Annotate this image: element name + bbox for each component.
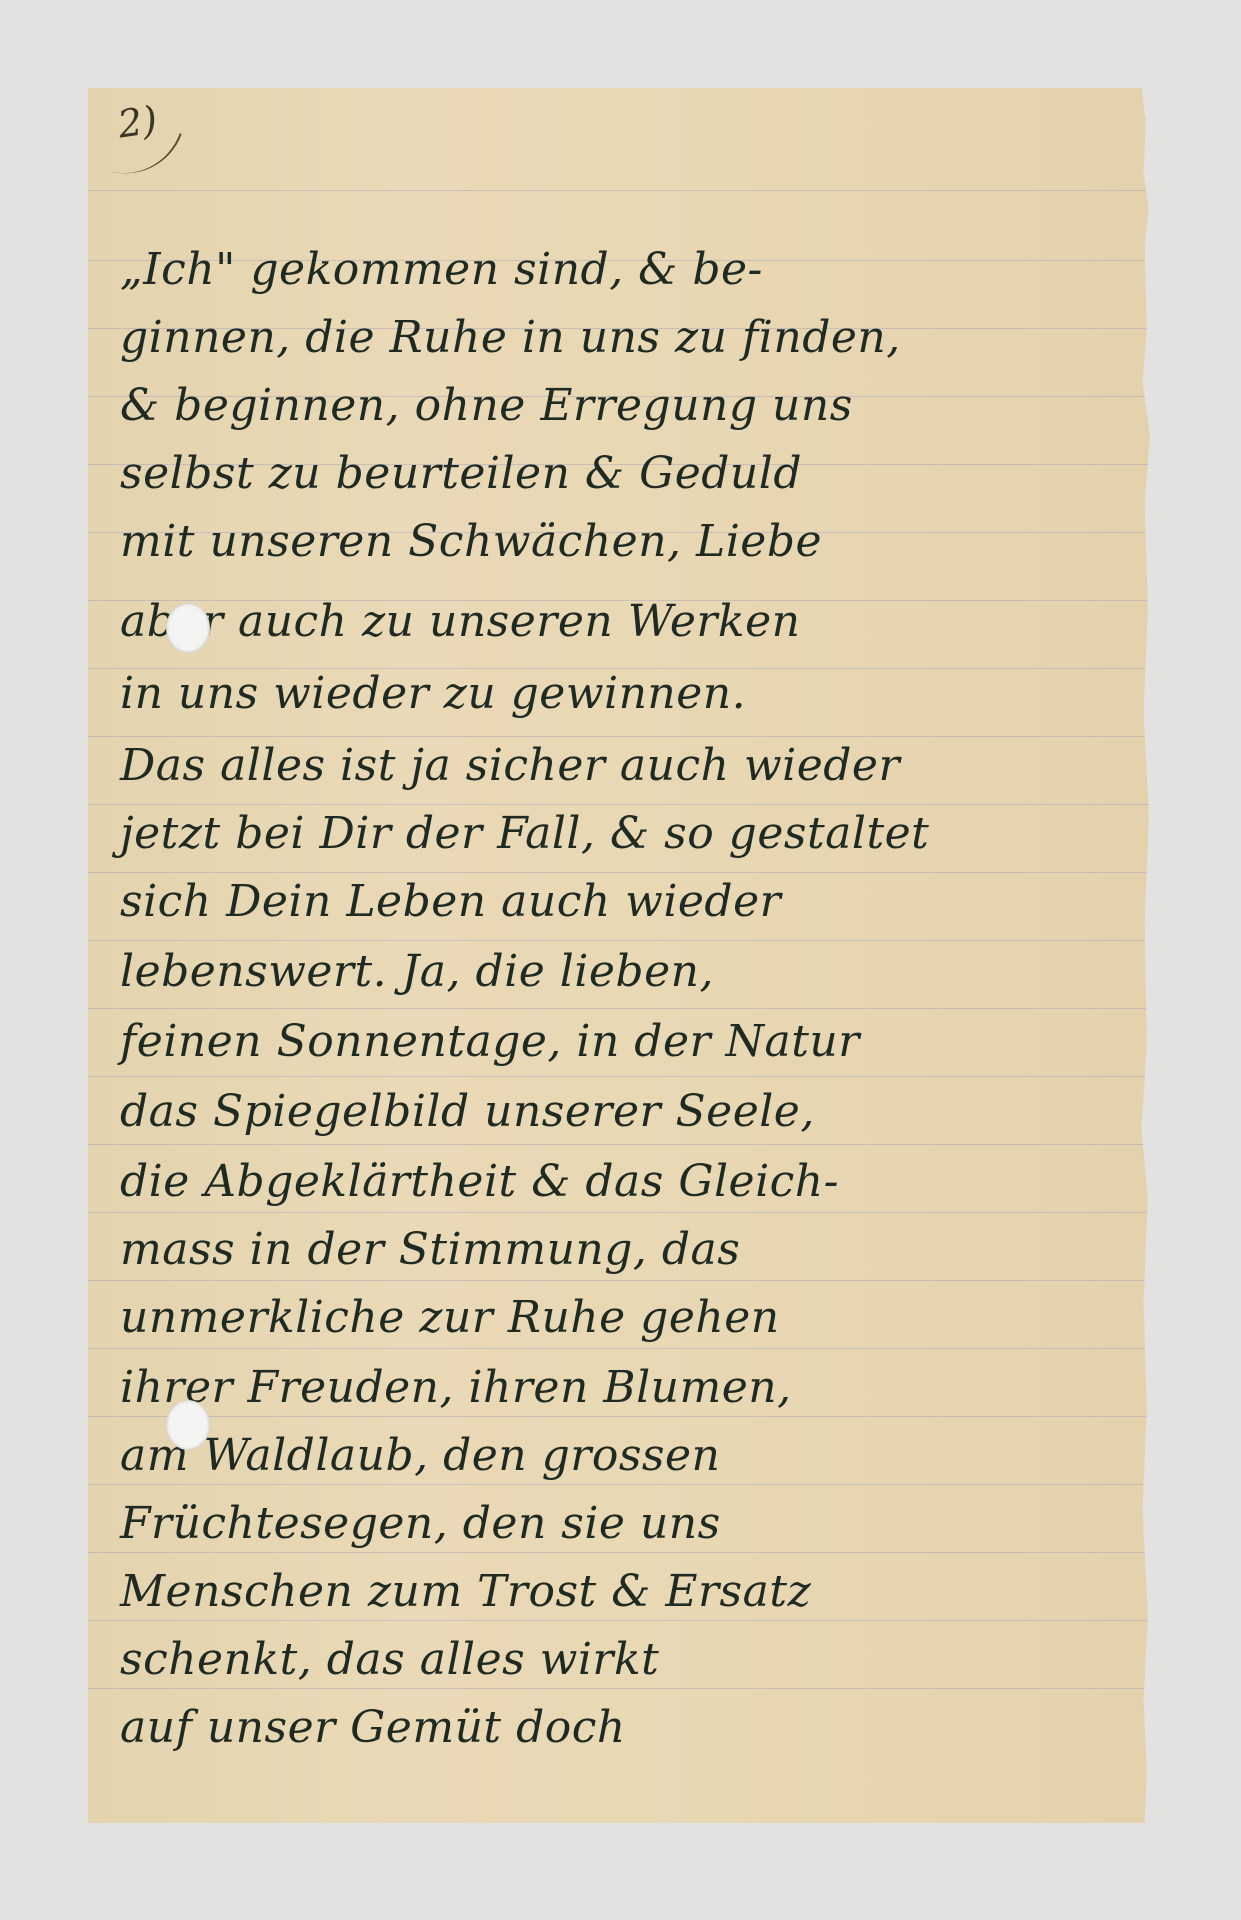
text-line-19: Früchtesegen, den sie uns — [120, 1502, 1140, 1546]
text-line-15: mass in der Stimmung, das — [120, 1228, 1140, 1272]
ruled-line — [88, 1144, 1150, 1145]
ruled-line — [88, 190, 1150, 191]
ruled-line — [88, 940, 1150, 941]
text-line-4: selbst zu beurteilen & Geduld — [120, 452, 1140, 496]
text-line-6: aber auch zu unseren Werken — [120, 600, 1140, 644]
ruled-line — [88, 1552, 1150, 1553]
ruled-line — [88, 1076, 1150, 1077]
text-line-2: ginnen, die Ruhe in uns zu finden, — [120, 316, 1140, 360]
ruled-line — [88, 1348, 1150, 1349]
ruled-line — [88, 1212, 1150, 1213]
text-line-17: ihrer Freuden, ihren Blumen, — [120, 1366, 1140, 1410]
text-line-1: „Ich" gekommen sind, & be- — [120, 248, 1140, 292]
text-line-22: auf unser Gemüt doch — [120, 1706, 1140, 1750]
ruled-line — [88, 1008, 1150, 1009]
text-line-11: lebenswert. Ja, die lieben, — [120, 950, 1140, 994]
text-line-9: jetzt bei Dir der Fall, & so gestaltet — [120, 812, 1140, 856]
text-line-21: schenkt, das alles wirkt — [120, 1638, 1140, 1682]
text-line-10: sich Dein Leben auch wieder — [120, 880, 1140, 924]
text-line-8: Das alles ist ja sicher auch wieder — [120, 744, 1140, 788]
ruled-line — [88, 1280, 1150, 1281]
text-line-18: am Waldlaub, den grossen — [120, 1434, 1140, 1478]
ruled-line — [88, 804, 1150, 805]
punch-hole — [166, 603, 210, 653]
ruled-line — [88, 1416, 1150, 1417]
ruled-line — [88, 736, 1150, 737]
punch-hole — [166, 1400, 210, 1450]
text-line-5: mit unseren Schwächen, Liebe — [120, 520, 1140, 564]
text-line-7: in uns wieder zu gewinnen. — [120, 672, 1140, 716]
text-line-20: Menschen zum Trost & Ersatz — [120, 1570, 1140, 1614]
text-line-12: feinen Sonnentage, in der Natur — [120, 1020, 1140, 1064]
ruled-line — [88, 1688, 1150, 1689]
text-line-14: die Abgeklärtheit & das Gleich- — [120, 1160, 1140, 1204]
text-line-3: & beginnen, ohne Erregung uns — [120, 384, 1140, 428]
text-line-13: das Spiegelbild unserer Seele, — [120, 1090, 1140, 1134]
ruled-line — [88, 872, 1150, 873]
ruled-line — [88, 1484, 1150, 1485]
text-line-16: unmerkliche zur Ruhe gehen — [120, 1296, 1140, 1340]
ruled-line — [88, 1620, 1150, 1621]
